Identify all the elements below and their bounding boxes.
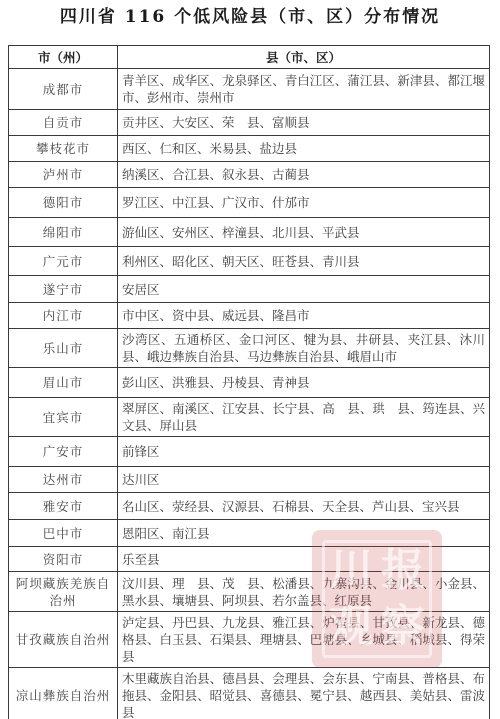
header-city: 市（州） xyxy=(9,46,118,69)
city-cell: 德阳市 xyxy=(9,188,118,218)
table-body: 成都市青羊区、成华区、龙泉驿区、青白江区、蒲江县、新津县、都江堰市、彭州市、崇州… xyxy=(9,69,490,719)
counties-cell: 西区、仁和区、米易县、盐边县 xyxy=(118,136,490,162)
table-header-row: 市（州） 县（市、区） xyxy=(9,46,490,69)
table-row: 达州市达川区 xyxy=(9,467,490,493)
city-cell: 巴中市 xyxy=(9,520,118,547)
table-row: 甘孜藏族自治州泸定县、丹巴县、九龙县、雅江县、炉霍县、甘孜县、新龙县、德格县、白… xyxy=(9,612,490,668)
header-counties: 县（市、区） xyxy=(118,46,490,69)
city-cell: 自贡市 xyxy=(9,110,118,136)
counties-cell: 安居区 xyxy=(118,276,490,303)
table-row: 成都市青羊区、成华区、龙泉驿区、青白江区、蒲江县、新津县、都江堰市、彭州市、崇州… xyxy=(9,69,490,110)
counties-cell: 市中区、资中县、威远县、隆昌市 xyxy=(118,303,490,329)
table-row: 自贡市贡井区、大安区、荣 县、富顺县 xyxy=(9,110,490,136)
counties-cell: 汶川县、理 县、茂 县、松潘县、九寨沟县、金川县、小金县、黑水县、壤塘县、阿坝县… xyxy=(118,572,490,612)
counties-cell: 乐至县 xyxy=(118,547,490,572)
city-cell: 阿坝藏族羌族自治州 xyxy=(9,572,118,612)
table-row: 广安市前锋区 xyxy=(9,437,490,467)
table-row: 广元市利州区、昭化区、朝天区、旺苍县、青川县 xyxy=(9,247,490,276)
counties-cell: 泸定县、丹巴县、九龙县、雅江县、炉霍县、甘孜县、新龙县、德格县、白玉县、石渠县、… xyxy=(118,612,490,668)
table-row: 雅安市名山区、荥经县、汉源县、石棉县、天全县、芦山县、宝兴县 xyxy=(9,493,490,520)
counties-cell: 名山区、荥经县、汉源县、石棉县、天全县、芦山县、宝兴县 xyxy=(118,493,490,520)
document-title: 四川省 116 个低风险县（市、区）分布情况 xyxy=(0,4,500,30)
table-row: 巴中市恩阳区、南江县 xyxy=(9,520,490,547)
counties-cell: 纳溪区、合江县、叙永县、古蔺县 xyxy=(118,162,490,188)
counties-cell: 利州区、昭化区、朝天区、旺苍县、青川县 xyxy=(118,247,490,276)
counties-cell: 彭山区、洪雅县、丹棱县、青神县 xyxy=(118,368,490,398)
city-cell: 宜宾市 xyxy=(9,398,118,437)
city-cell: 攀枝花市 xyxy=(9,136,118,162)
county-distribution-table: 市（州） 县（市、区） 成都市青羊区、成华区、龙泉驿区、青白江区、蒲江县、新津县… xyxy=(8,45,490,719)
counties-cell: 达川区 xyxy=(118,467,490,493)
table-row: 资阳市乐至县 xyxy=(9,547,490,572)
counties-cell: 青羊区、成华区、龙泉驿区、青白江区、蒲江县、新津县、都江堰市、彭州市、崇州市 xyxy=(118,69,490,110)
city-cell: 雅安市 xyxy=(9,493,118,520)
table-row: 阿坝藏族羌族自治州汶川县、理 县、茂 县、松潘县、九寨沟县、金川县、小金县、黑水… xyxy=(9,572,490,612)
counties-cell: 贡井区、大安区、荣 县、富顺县 xyxy=(118,110,490,136)
city-cell: 达州市 xyxy=(9,467,118,493)
city-cell: 成都市 xyxy=(9,69,118,110)
city-cell: 泸州市 xyxy=(9,162,118,188)
city-cell: 绵阳市 xyxy=(9,218,118,247)
table-row: 攀枝花市西区、仁和区、米易县、盐边县 xyxy=(9,136,490,162)
counties-cell: 沙湾区、五通桥区、金口河区、犍为县、井研县、夹江县、沐川县、峨边彝族自治县、马边… xyxy=(118,329,490,368)
city-cell: 遂宁市 xyxy=(9,276,118,303)
counties-cell: 恩阳区、南江县 xyxy=(118,520,490,547)
table-row: 凉山彝族自治州木里藏族自治县、德昌县、会理县、会东县、宁南县、普格县、布拖县、金… xyxy=(9,668,490,719)
counties-cell: 翠屏区、南溪区、江安县、长宁县、高 县、珙 县、筠连县、兴文县、屏山县 xyxy=(118,398,490,437)
table-row: 眉山市彭山区、洪雅县、丹棱县、青神县 xyxy=(9,368,490,398)
table-row: 内江市市中区、资中县、威远县、隆昌市 xyxy=(9,303,490,329)
counties-cell: 前锋区 xyxy=(118,437,490,467)
city-cell: 内江市 xyxy=(9,303,118,329)
city-cell: 广元市 xyxy=(9,247,118,276)
city-cell: 凉山彝族自治州 xyxy=(9,668,118,719)
city-cell: 眉山市 xyxy=(9,368,118,398)
counties-cell: 罗江区、中江县、广汉市、什邡市 xyxy=(118,188,490,218)
table-row: 乐山市沙湾区、五通桥区、金口河区、犍为县、井研县、夹江县、沐川县、峨边彝族自治县… xyxy=(9,329,490,368)
city-cell: 资阳市 xyxy=(9,547,118,572)
table-row: 绵阳市游仙区、安州区、梓潼县、北川县、平武县 xyxy=(9,218,490,247)
table-row: 泸州市纳溪区、合江县、叙永县、古蔺县 xyxy=(9,162,490,188)
table-row: 宜宾市翠屏区、南溪区、江安县、长宁县、高 县、珙 县、筠连县、兴文县、屏山县 xyxy=(9,398,490,437)
city-cell: 广安市 xyxy=(9,437,118,467)
city-cell: 乐山市 xyxy=(9,329,118,368)
counties-cell: 木里藏族自治县、德昌县、会理县、会东县、宁南县、普格县、布拖县、金阳县、昭觉县、… xyxy=(118,668,490,719)
counties-cell: 游仙区、安州区、梓潼县、北川县、平武县 xyxy=(118,218,490,247)
table-row: 遂宁市安居区 xyxy=(9,276,490,303)
city-cell: 甘孜藏族自治州 xyxy=(9,612,118,668)
table-row: 德阳市罗江区、中江县、广汉市、什邡市 xyxy=(9,188,490,218)
